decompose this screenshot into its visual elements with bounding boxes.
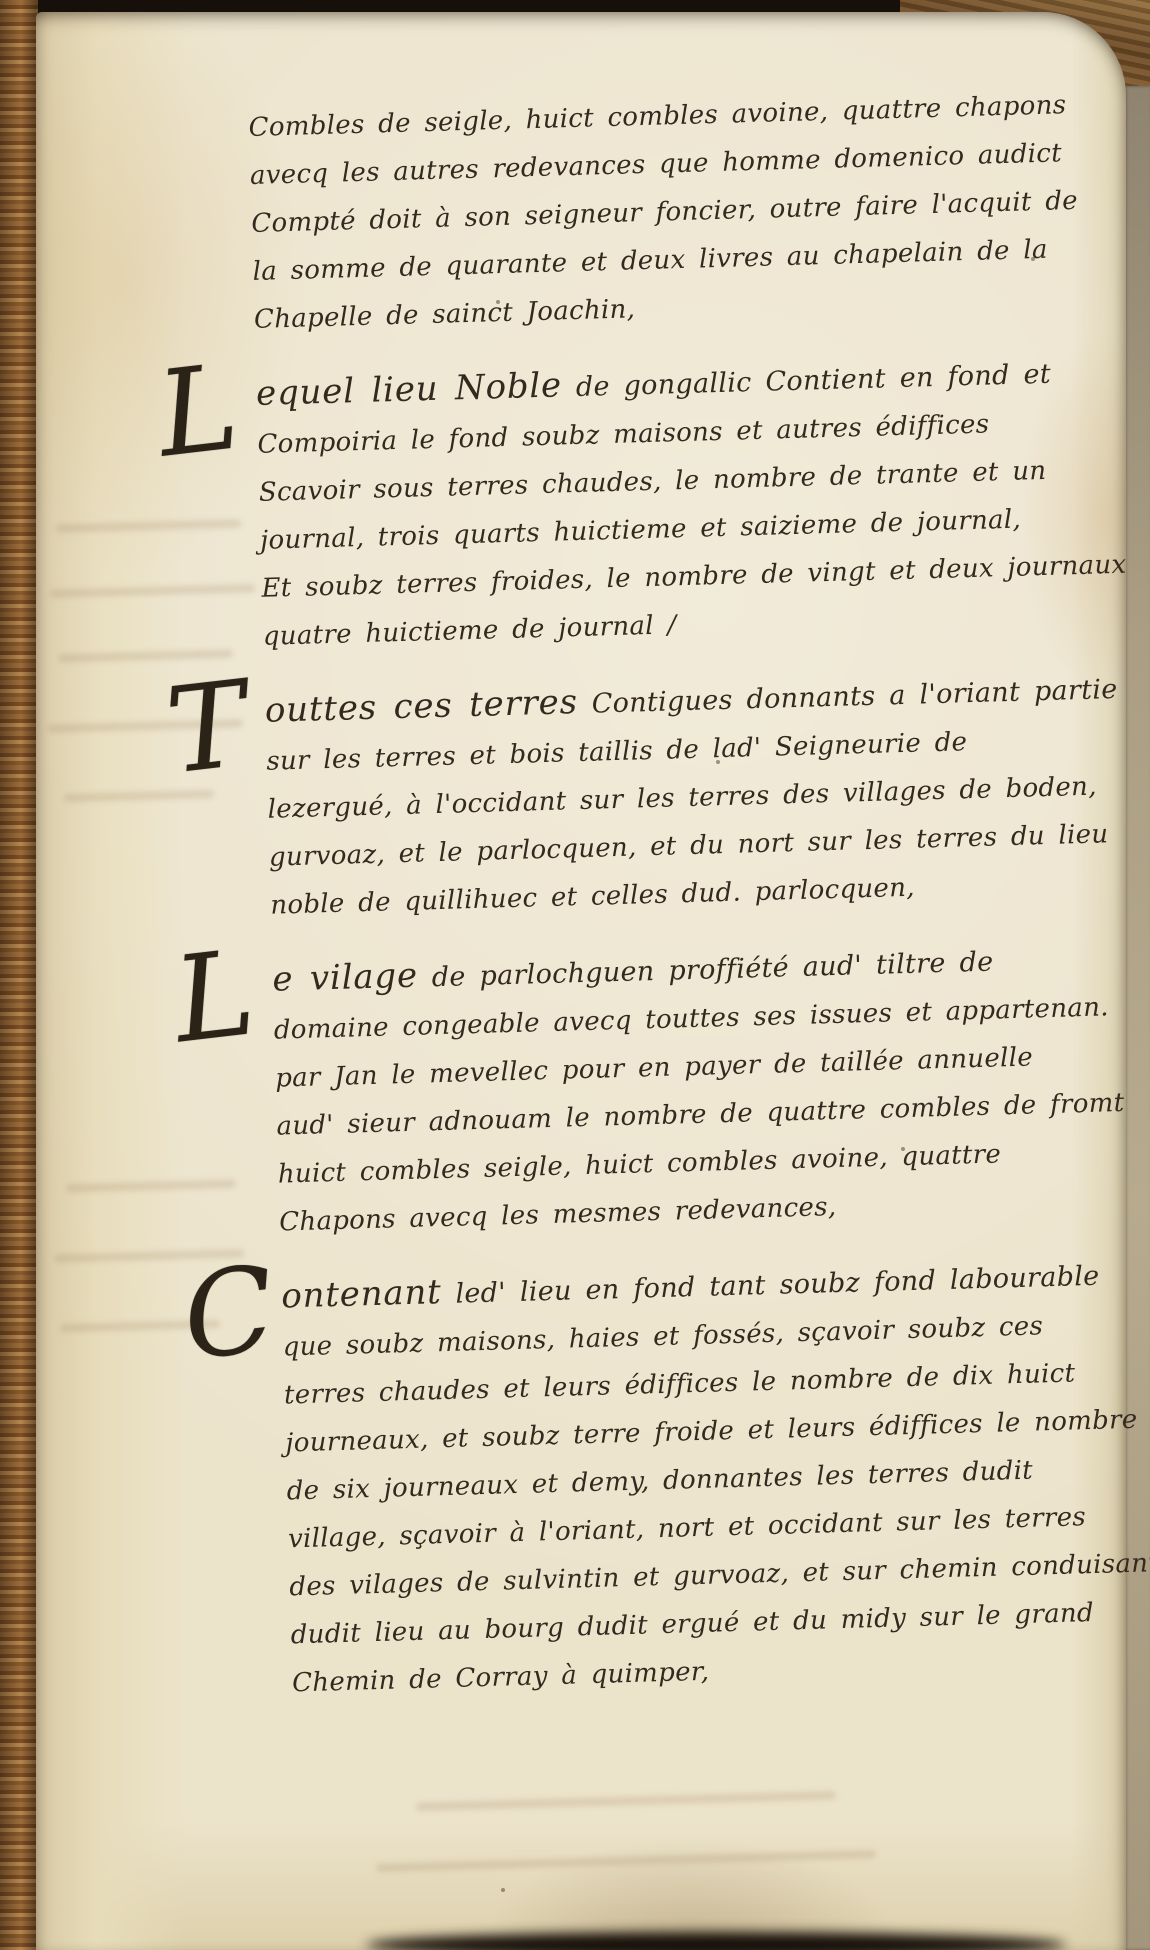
paragraph: Lequel lieu Noble de gongallic Contient … bbox=[255, 345, 1143, 660]
drop-cap-initial: L bbox=[152, 347, 244, 473]
ink-speck bbox=[501, 1888, 505, 1892]
manuscript-photo: Combles de seigle, huict combles avoine,… bbox=[0, 0, 1150, 1950]
lead-words: e vilage bbox=[272, 956, 419, 1000]
paragraph: Le vilage de parlochguen proffiété aud' … bbox=[272, 931, 1150, 1246]
lead-rest: Contigues donnants a l'oriant partie bbox=[577, 674, 1118, 720]
paragraph: Combles de seigle, huict combles avoine,… bbox=[248, 79, 1134, 343]
bottom-edge-shadow bbox=[366, 1932, 1066, 1950]
bleed-through-line bbox=[56, 519, 241, 532]
bleed-through-line bbox=[66, 1180, 236, 1193]
lead-words: outtes ces terres bbox=[264, 682, 578, 731]
lead-words: ontenant bbox=[281, 1272, 442, 1316]
text-block: Combles de seigle, huict combles avoine,… bbox=[248, 79, 1150, 1733]
drop-cap-initial: C bbox=[177, 1249, 281, 1377]
paragraph: Touttes ces terres Contigues donnants a … bbox=[264, 662, 1150, 929]
lead-rest: de parlochguen proffiété aud' tiltre de bbox=[417, 947, 993, 994]
book-page-edges-left bbox=[0, 0, 38, 1950]
lead-words: equel lieu Noble bbox=[256, 365, 563, 414]
lead-rest: de gongallic Contient en fond et bbox=[562, 359, 1052, 404]
bleed-through-line bbox=[50, 584, 255, 598]
bleed-through-line bbox=[416, 1791, 836, 1811]
bleed-through-line bbox=[376, 1850, 876, 1872]
drop-cap-initial: L bbox=[168, 933, 260, 1059]
drop-cap-initial: T bbox=[161, 664, 253, 790]
paragraph: Contenant led' lieu en fond tant soubz f… bbox=[281, 1248, 1150, 1707]
